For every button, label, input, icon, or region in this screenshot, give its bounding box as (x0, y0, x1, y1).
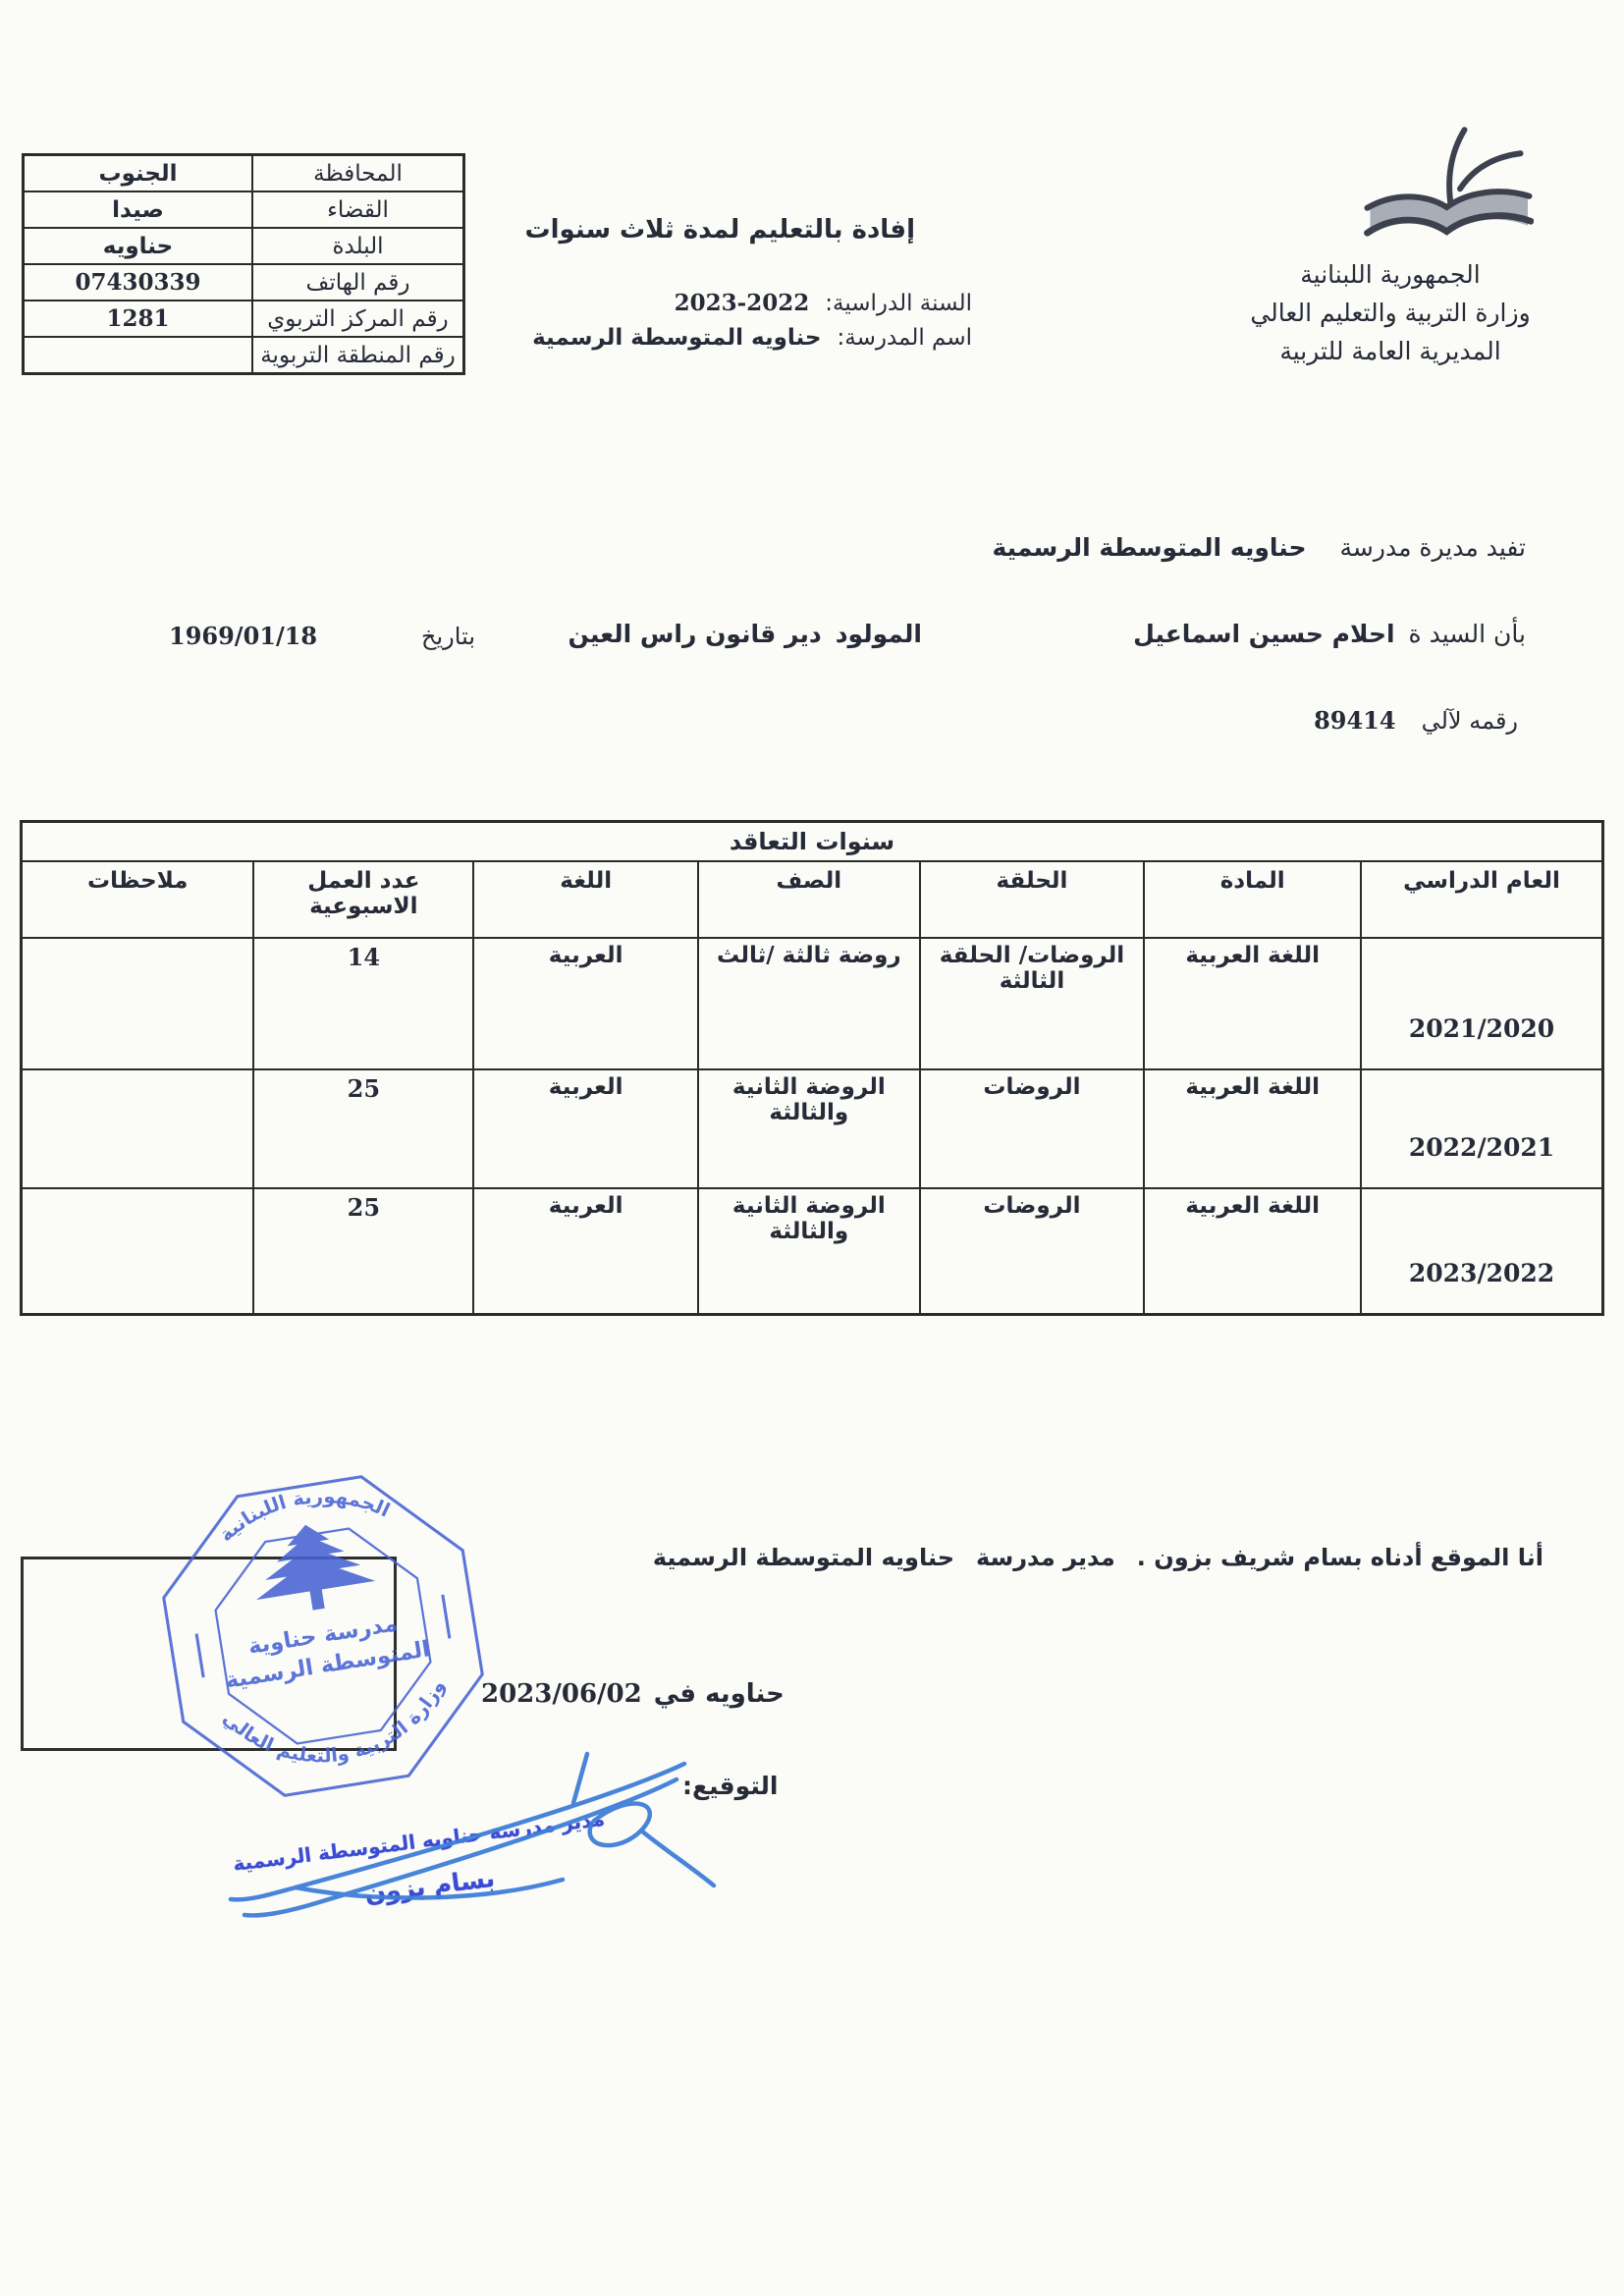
notes-cell (22, 1069, 254, 1188)
academic-year-label: السنة الدراسية: (825, 287, 972, 321)
signature-stroke-4 (296, 1880, 563, 1897)
statement-part3: حناويه المتوسطة الرسمية (653, 1544, 954, 1571)
open-book-leaf-logo (1357, 120, 1534, 262)
region-number-label: رقم المنطقة التربوية (252, 337, 464, 374)
grade-cell: الروضة الثانية والثالثة (698, 1069, 920, 1188)
subject-cell: اللغة العربية (1144, 1069, 1361, 1188)
grade-cell: روضة ثالثة /ثالث (698, 938, 920, 1069)
cycle-cell: الروضات (920, 1069, 1145, 1188)
school-name-value: حناويه المتوسطة الرسمية (532, 321, 821, 355)
table-row: 2023/2022 اللغة العربية الروضات الروضة ا… (22, 1188, 1603, 1314)
year-cell: 2023/2022 (1361, 1188, 1602, 1314)
contract-table-title: سنوات التعاقد (22, 822, 1603, 862)
table-row: 2022/2021 اللغة العربية الروضات الروضة ا… (22, 1069, 1603, 1188)
date-value: 2023/06/02 (481, 1679, 642, 1709)
weekly-hours-cell: 14 (253, 938, 473, 1069)
table-row: رقم الهاتف 07430339 (24, 264, 464, 301)
col-grade: الصف (698, 861, 920, 938)
ministry-heading: الجمهورية اللبنانية وزارة التربية والتعل… (1204, 255, 1577, 370)
district-value: صيدا (24, 191, 252, 228)
region-number-value (24, 337, 252, 374)
cycle-cell: الروضات/ الحلقة الثالثة (920, 938, 1145, 1069)
year-school-block: السنة الدراسية: 2023-2022 اسم المدرسة: ح… (532, 286, 972, 355)
academic-year-row: السنة الدراسية: 2023-2022 (532, 286, 972, 321)
col-language: اللغة (473, 861, 698, 938)
republic-line: الجمهورية اللبنانية (1204, 255, 1577, 294)
admin-info-table: المحافظة الجنوب القضاء صيدا البلدة حناوي… (22, 153, 465, 375)
auto-number-value: 89414 (1314, 706, 1396, 735)
col-weekly-hours: عدد العمل الاسبوعية (253, 861, 473, 938)
year-cell: 2021/2020 (1361, 938, 1602, 1069)
signature-tick (573, 1754, 587, 1803)
col-subject: المادة (1144, 861, 1361, 938)
language-cell: العربية (473, 938, 698, 1069)
town-value: حناويه (24, 228, 252, 264)
stamp-left-dash (196, 1634, 203, 1677)
col-notes: ملاحظات (22, 861, 254, 938)
school-name-row: اسم المدرسة: حناويه المتوسطة الرسمية (532, 321, 972, 355)
birthdate-value: 1969/01/18 (169, 622, 317, 650)
auto-number-label: رقمه لآلي (1422, 707, 1518, 735)
scanned-certificate-page: الجمهورية اللبنانية وزارة التربية والتعل… (0, 0, 1624, 2296)
certify-prefix: تفيد مديرة مدرسة (1340, 533, 1526, 562)
directorate-line: المديرية العامة للتربية (1204, 332, 1577, 370)
table-title-row: سنوات التعاقد (22, 822, 1603, 862)
handwritten-signature (201, 1721, 731, 1956)
birthdate-label: بتاريخ (421, 623, 475, 650)
phone-label: رقم الهاتف (252, 264, 464, 301)
place-label: حناويه في (654, 1679, 785, 1709)
center-number-label: رقم المركز التربوي (252, 301, 464, 337)
table-row: 2021/2020 اللغة العربية الروضات/ الحلقة … (22, 938, 1603, 1069)
born-place: دير قانون راس العين (568, 620, 821, 648)
phone-value: 07430339 (24, 264, 252, 301)
contract-years-table: سنوات التعاقد العام الدراسي المادة الحلق… (20, 820, 1604, 1316)
col-academic-year: العام الدراسي (1361, 861, 1602, 938)
birthplace-group: المولود دير قانون راس العين (568, 620, 922, 648)
language-cell: العربية (473, 1188, 698, 1314)
grade-cell: الروضة الثانية والثالثة (698, 1188, 920, 1314)
statement-part1: أنا الموقع أدناه بسام شريف بزون . (1137, 1544, 1543, 1571)
school-name-label: اسم المدرسة: (837, 321, 972, 355)
person-name: احلام حسين اسماعيل (1133, 620, 1394, 648)
auto-number-line: رقمه لآلي 89414 (1314, 706, 1518, 735)
table-row: البلدة حناويه (24, 228, 464, 264)
ministry-line: وزارة التربية والتعليم العالي (1204, 294, 1577, 332)
governorate-value: الجنوب (24, 155, 252, 192)
statement-part2: مدير مدرسة (976, 1544, 1115, 1571)
document-title: إفادة بالتعليم لمدة ثلاث سنوات (524, 215, 915, 245)
leaf-blade (1460, 153, 1521, 189)
academic-year-value: 2023-2022 (675, 286, 810, 320)
person-prefix: بأن السيد ة (1409, 620, 1526, 648)
table-row: المحافظة الجنوب (24, 155, 464, 192)
notes-cell (22, 938, 254, 1069)
place-date-line: حناويه في 2023/06/02 (481, 1679, 785, 1709)
center-number-value: 1281 (24, 301, 252, 337)
certify-school-name: حناويه المتوسطة الرسمية (993, 533, 1307, 562)
language-cell: العربية (473, 1069, 698, 1188)
subject-cell: اللغة العربية (1144, 938, 1361, 1069)
cedar-tree-icon (245, 1515, 378, 1618)
col-cycle: الحلقة (920, 861, 1145, 938)
birthdate-group: بتاريخ 1969/01/18 (169, 622, 475, 650)
table-row: القضاء صيدا (24, 191, 464, 228)
table-row: رقم المنطقة التربوية (24, 337, 464, 374)
table-row: رقم المركز التربوي 1281 (24, 301, 464, 337)
governorate-label: المحافظة (252, 155, 464, 192)
stamp-right-dash (443, 1595, 450, 1638)
district-label: القضاء (252, 191, 464, 228)
notes-cell (22, 1188, 254, 1314)
born-label: المولود (836, 620, 922, 648)
signature-stroke-3 (641, 1831, 714, 1886)
year-cell: 2022/2021 (1361, 1069, 1602, 1188)
weekly-hours-cell: 25 (253, 1188, 473, 1314)
table-header-row: العام الدراسي المادة الحلقة الصف اللغة ع… (22, 861, 1603, 938)
weekly-hours-cell: 25 (253, 1069, 473, 1188)
town-label: البلدة (252, 228, 464, 264)
subject-cell: اللغة العربية (1144, 1188, 1361, 1314)
cycle-cell: الروضات (920, 1188, 1145, 1314)
undersigned-statement: أنا الموقع أدناه بسام شريف بزون . مدير م… (653, 1544, 1543, 1571)
person-name-group: بأن السيد ة احلام حسين اسماعيل (1133, 620, 1526, 648)
certify-line: تفيد مديرة مدرسة حناويه المتوسطة الرسمية (993, 533, 1527, 562)
signature-stroke-1 (231, 1764, 684, 1899)
